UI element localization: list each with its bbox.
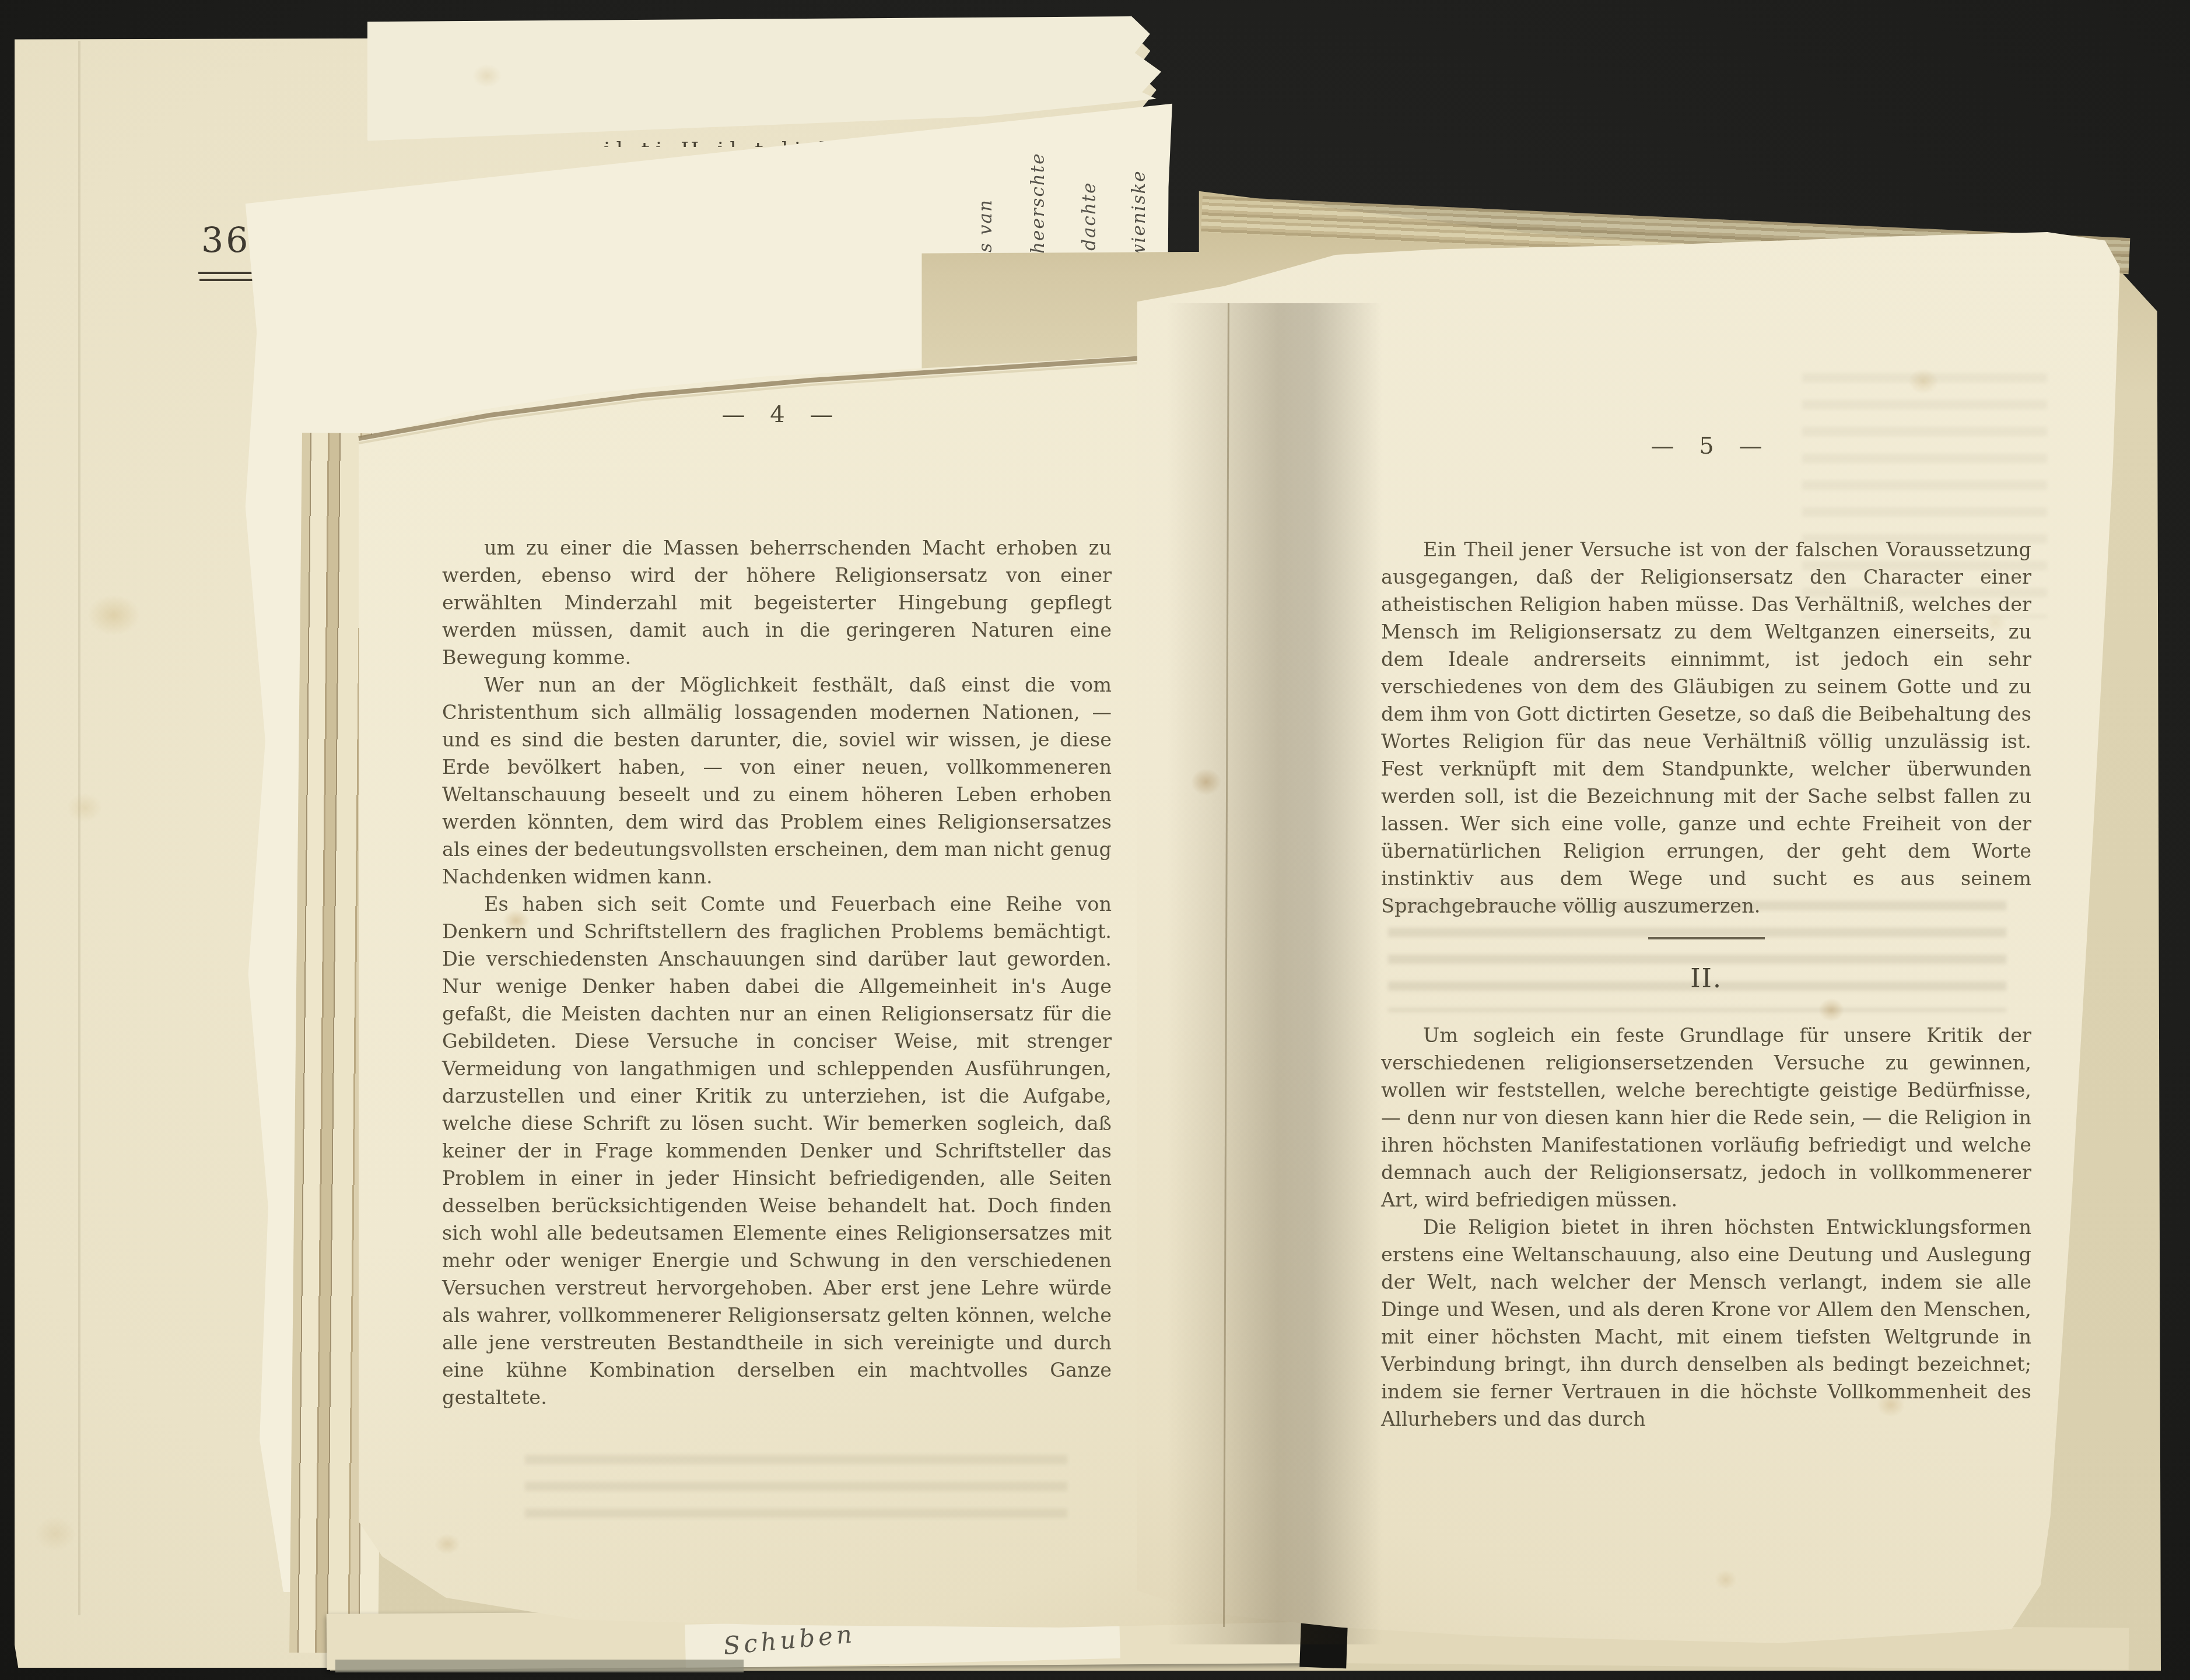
section-heading: II. — [1381, 965, 2031, 992]
sheet-crease — [78, 41, 80, 1615]
paragraph: Es haben sich seit Comte und Feuerbach e… — [442, 890, 1112, 1411]
page4-number-header: — 4 — — [443, 401, 1113, 428]
bottom-sliver — [335, 1660, 744, 1672]
section-divider-rule — [1648, 937, 1765, 939]
paragraph: Wer nun an der Möglichkeit festhält, daß… — [442, 671, 1112, 890]
page4-text-block: um zu einer die Massen beherrschenden Ma… — [442, 534, 1112, 1411]
paragraph: Ein Theil jener Versuche ist von der fal… — [1381, 536, 2031, 920]
handwriting-word: Schuben — [722, 1619, 857, 1660]
paragraph: Die Religion bietet in ihren höchsten En… — [1381, 1213, 2031, 1433]
paragraph: um zu einer die Massen beherrschenden Ma… — [442, 534, 1112, 671]
paragraph: Um sogleich ein feste Grundlage für unse… — [1381, 1022, 2031, 1213]
page-number-underline — [198, 272, 255, 274]
gutter-shadow — [1166, 303, 1382, 1644]
handwriting-word: wieniske — [1129, 120, 1150, 259]
page5-number-header: — 5 — — [1381, 433, 2033, 460]
printed-page-number-36: 36 — [201, 220, 250, 261]
page-number-underline — [199, 279, 255, 281]
page5-text-block: Ein Theil jener Versuche ist von der fal… — [1381, 536, 2031, 1433]
